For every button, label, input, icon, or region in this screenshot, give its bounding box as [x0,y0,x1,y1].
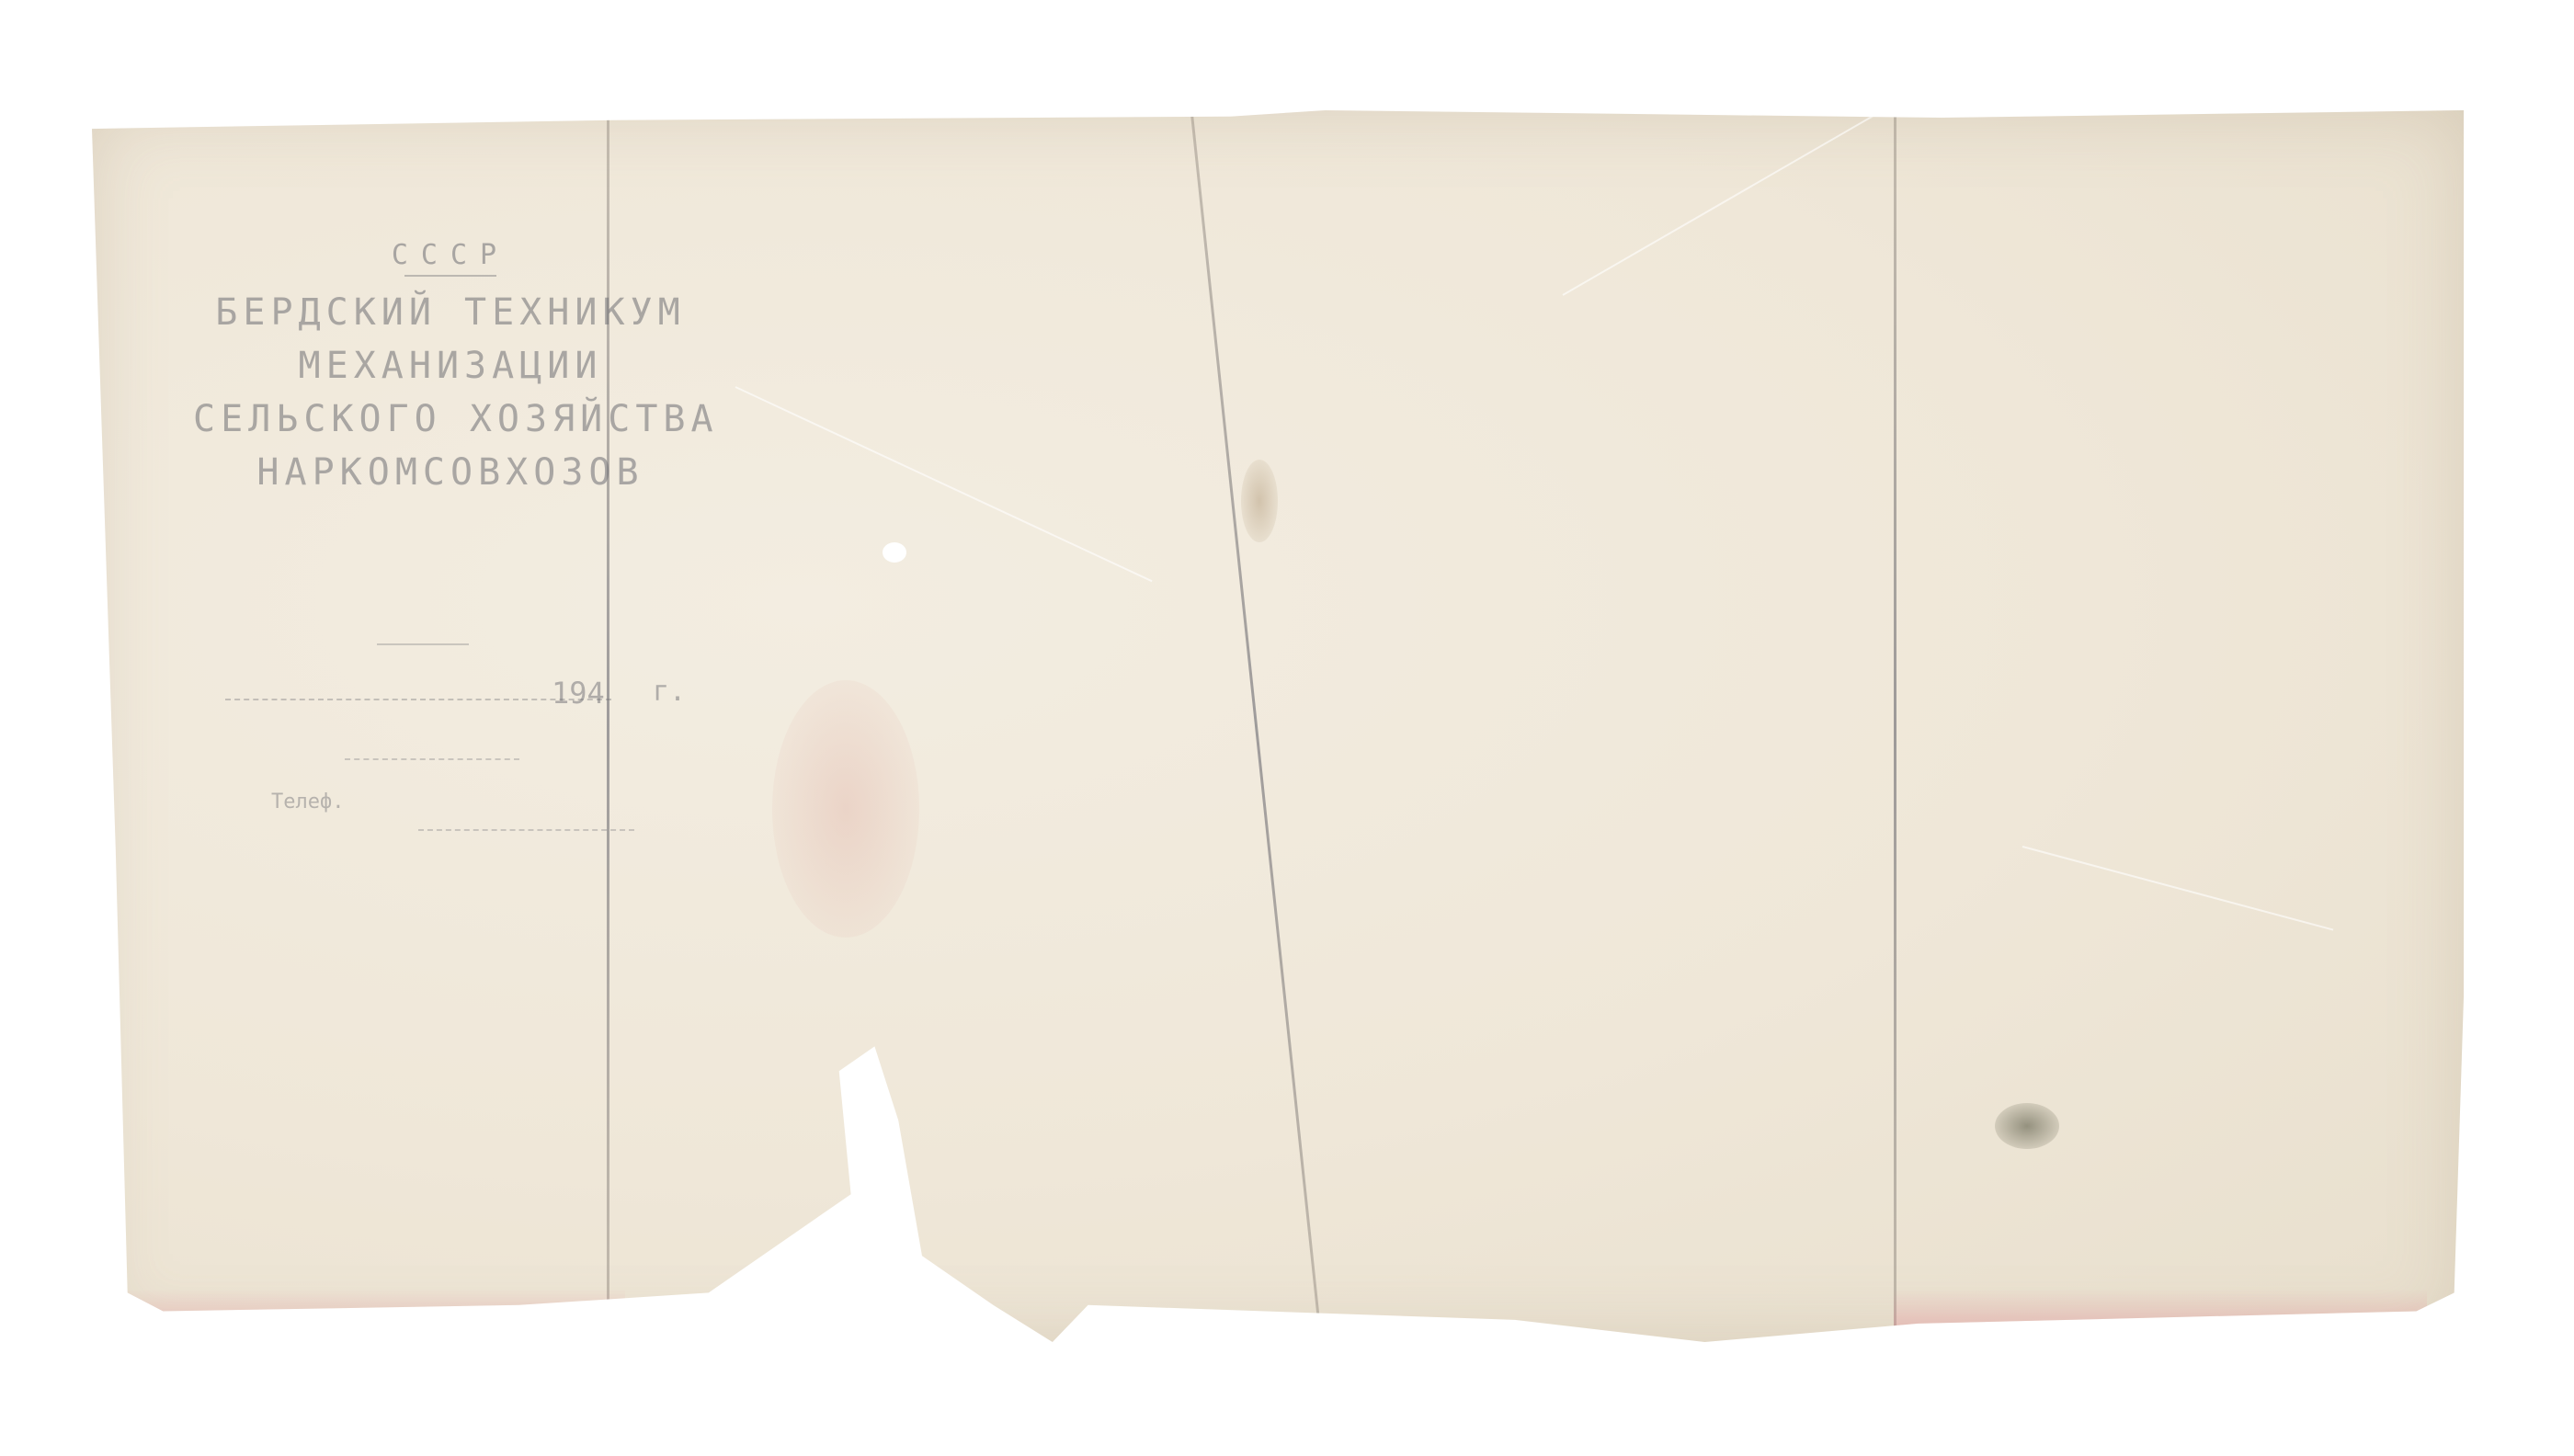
reference-line [345,758,519,760]
stain [1241,460,1278,542]
fold-line [1190,110,1323,1342]
date-number-line [377,643,469,645]
date-year: 194 [552,676,605,711]
phone-line [418,829,634,831]
paper-hole [883,542,906,563]
paper-crease [2022,846,2334,931]
stain [1995,1103,2059,1149]
paper-crease [735,386,1153,582]
stamp-line-4: НАРКОМСОВХОЗОВ [193,446,708,499]
phone-label: Телеф. [271,791,344,813]
stamp-line-3: СЕЛЬСКОГО ХОЗЯЙСТВА [193,392,708,446]
pink-edge-tint [110,1289,625,1335]
document-sheet: СССР БЕРДСКИЙ ТЕХНИКУМ МЕХАНИЗАЦИИ СЕЛЬС… [92,110,2464,1342]
fold-line [1894,110,1896,1342]
pink-edge-tint [1894,1289,2427,1335]
stamp-rule [404,275,496,277]
date-year-suffix: г. [653,676,686,708]
stain [772,680,919,938]
institution-stamp: СССР БЕРДСКИЙ ТЕХНИКУМ МЕХАНИЗАЦИИ СЕЛЬС… [193,239,708,499]
paper-crease [1563,110,1882,296]
stamp-line-2: МЕХАНИЗАЦИИ [193,339,708,392]
stamp-line-1: БЕРДСКИЙ ТЕХНИКУМ [193,286,708,339]
stamp-country: СССР [193,239,708,271]
